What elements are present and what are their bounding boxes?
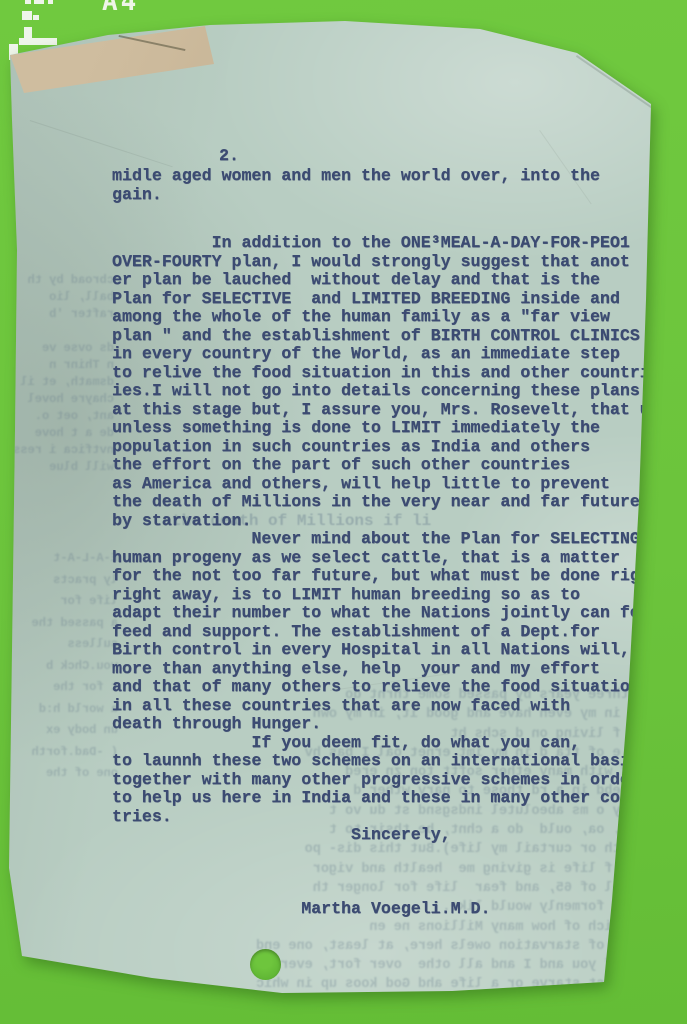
signature-line: Martha Voegeli.M.D.	[112, 900, 657, 919]
closing-line: Sincerely,	[112, 826, 657, 845]
page-number: 2.	[219, 147, 239, 166]
bleedthrough-text: cbroad by th ball, lio rafter 'b ds ovse…	[2, 272, 114, 476]
letter-body: midle aged women and men the world over,…	[112, 167, 657, 918]
paragraph-plans: In addition to the ONE³MEAL-A-DAY-FOR-PE…	[112, 234, 657, 530]
paragraph-opening: midle aged women and men the world over,…	[112, 167, 657, 204]
crease-line	[576, 55, 654, 109]
paragraph-selecting: Never mind about the Plan for SELECTING …	[112, 530, 657, 734]
letter-page: cbroad by th ball, lio rafter 'b ds ovse…	[0, 0, 687, 1024]
paragraph-appeal: If you deem fit, do what you can, to lau…	[112, 734, 657, 827]
scanner-background: A4 cbroad by th ball, lio rafter 'b ds o…	[0, 0, 687, 1024]
punch-hole	[250, 949, 281, 980]
paper-shadow: cbroad by th ball, lio rafter 'b ds ovse…	[0, 0, 687, 1024]
crease-line	[30, 120, 173, 167]
